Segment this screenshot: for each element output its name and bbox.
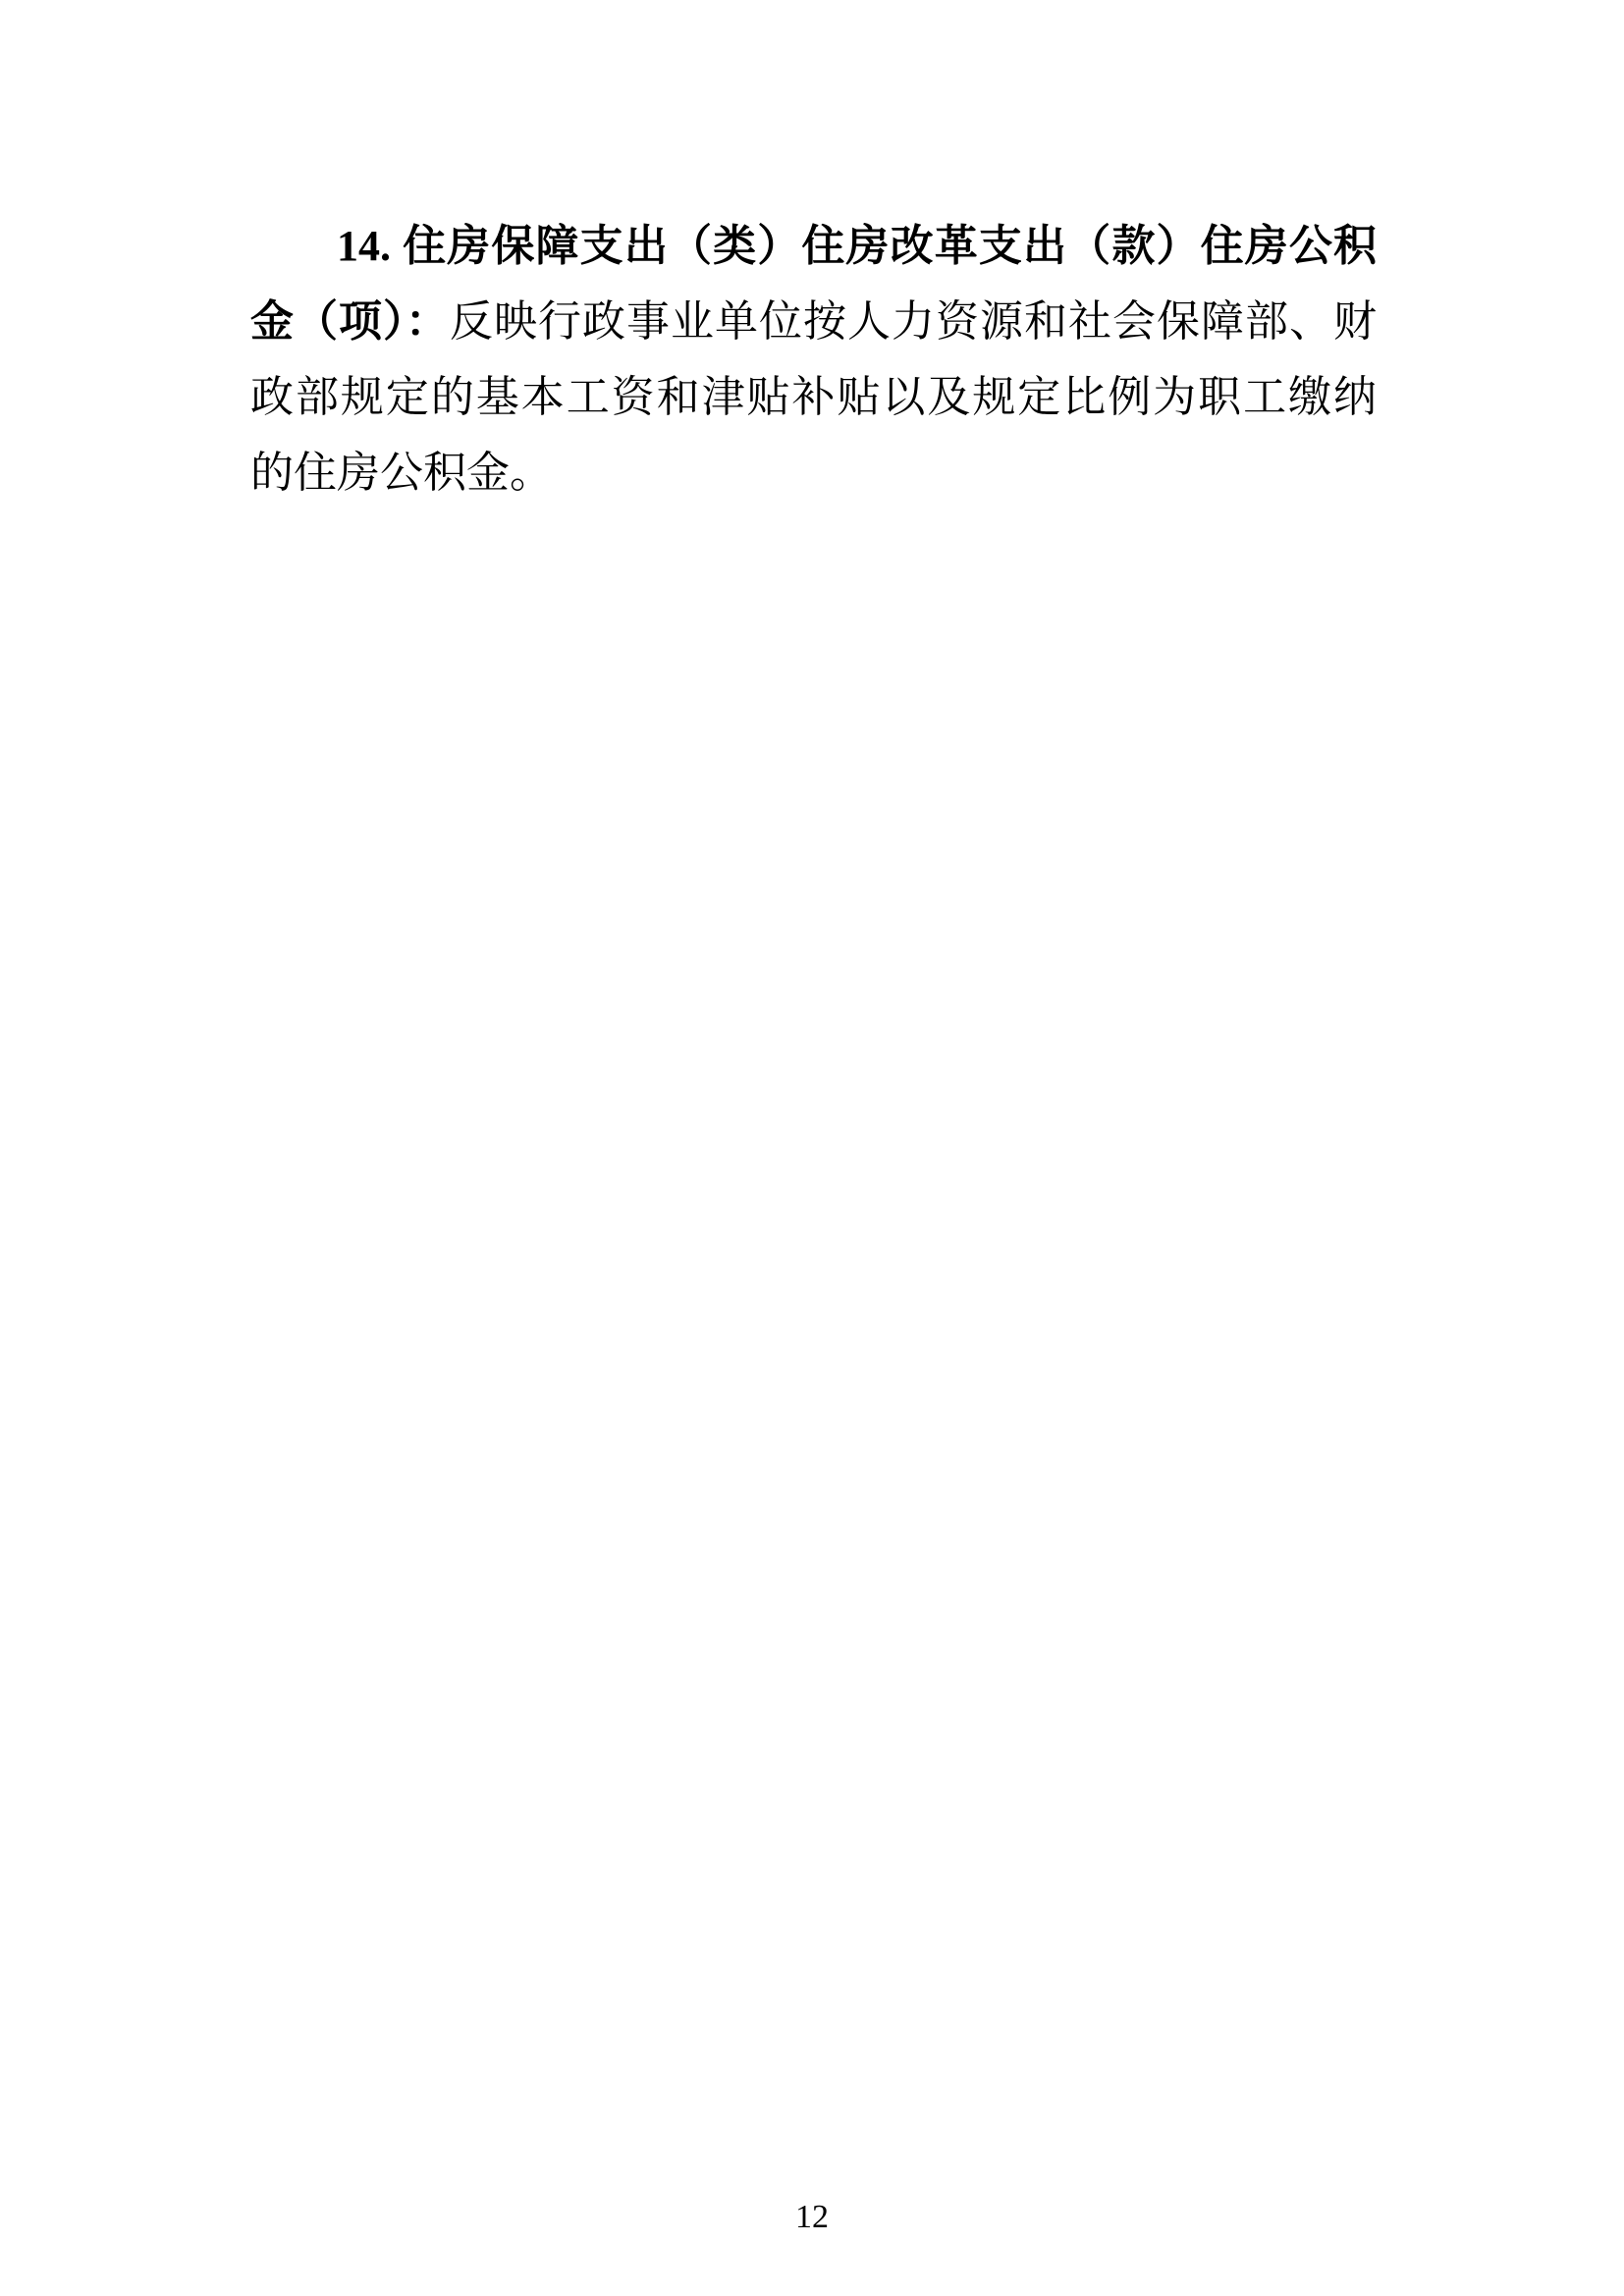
paragraph-bold-text: 14. 住房保障支出（类）住房改革支出（款）住房公积: [337, 222, 1377, 270]
paragraph-regular-text: 的住房公积金。: [250, 449, 553, 497]
paragraph-bold-text: 金（项）：: [250, 297, 450, 346]
body-paragraph: 14. 住房保障支出（类）住房改革支出（款）住房公积 金（项）：反映行政事业单位…: [250, 208, 1377, 510]
paragraph-line: 政部规定的基本工资和津贴补贴以及规定比例为职工缴纳: [250, 359, 1377, 435]
document-page: 14. 住房保障支出（类）住房改革支出（款）住房公积 金（项）：反映行政事业单位…: [0, 0, 1624, 2296]
paragraph-line: 14. 住房保障支出（类）住房改革支出（款）住房公积: [250, 208, 1377, 284]
paragraph-line: 金（项）：反映行政事业单位按人力资源和社会保障部、财: [250, 284, 1377, 359]
paragraph-line: 的住房公积金。: [250, 435, 1377, 510]
page-number: 12: [0, 2199, 1624, 2236]
paragraph-regular-text: 反映行政事业单位按人力资源和社会保障部、财: [450, 297, 1377, 346]
paragraph-regular-text: 政部规定的基本工资和津贴补贴以及规定比例为职工缴纳: [250, 373, 1377, 421]
